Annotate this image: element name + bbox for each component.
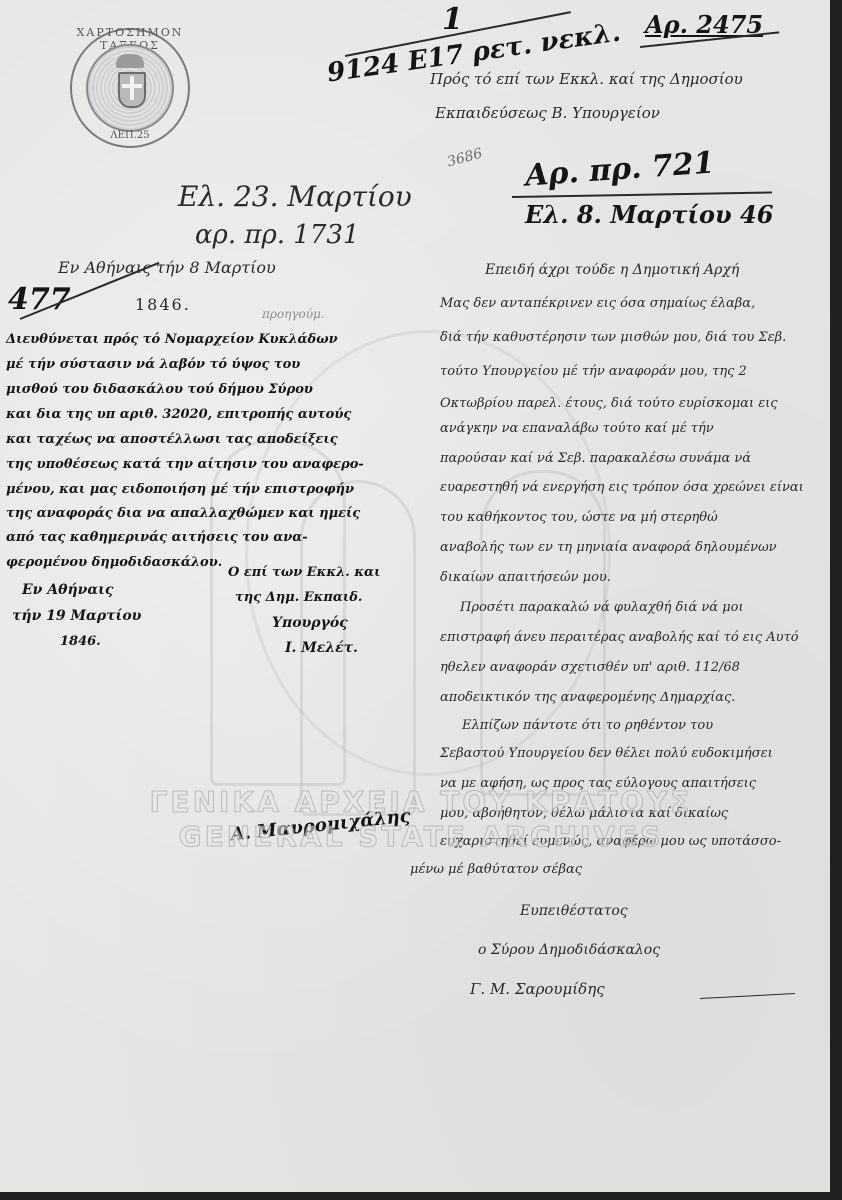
- registration-rule: [512, 191, 772, 198]
- body-line: ευαρεστηθή νά ενεργήση εις τρόπον όσα χρ…: [440, 480, 804, 495]
- registration-right-line-1: Αρ. πρ. 721: [524, 145, 716, 193]
- marginal-note-line: της υποθέσεως κατά την αίτησιν του αναφε…: [6, 457, 364, 472]
- body-line: δικαίων απαιτήσεών μου.: [440, 570, 611, 585]
- signature-flourish: [700, 993, 795, 999]
- marginal-closing-line-4: Ι. Μελέτ.: [285, 640, 358, 656]
- watermark-text-english: GENERAL STATE ARCHIVES: [0, 820, 842, 853]
- recipient-line-1: Πρός τό επί των Εκκλ. καί της Δημοσίου: [430, 70, 743, 88]
- shield-icon: [118, 72, 146, 108]
- marginal-date-line-3: 1846.: [60, 634, 101, 649]
- marginal-note-line: μέ τήν σύστασιν νά λαβόν τό ύψος του: [6, 357, 300, 372]
- body-line: μένω μέ βαθύτατον σέβας: [410, 862, 582, 877]
- registration-left-line-1: Ελ. 23. Μαρτίου: [178, 180, 412, 213]
- pencil-annotation: προηγούμ.: [262, 307, 325, 321]
- body-line: επιστραφή άνευ περαιτέρας αναβολής καί τ…: [440, 630, 799, 645]
- body-line: Προσέτι παρακαλώ νά φυλαχθή διά νά μοι: [460, 600, 744, 615]
- marginal-note-line: και δια της υπ αριθ. 32020, επιτροπής αυ…: [6, 407, 351, 422]
- body-line: παρούσαν καί νά Σεβ. παρακαλέσω συνάμα ν…: [440, 451, 751, 466]
- body-line: Οκτωβρίου παρελ. έτους, διά τούτο ευρίσκ…: [440, 396, 778, 411]
- body-line: αναβολής των εν τη μηνιαία αναφορά δηλου…: [440, 540, 777, 555]
- closing-line-2: ο Σύρου Δημοδιδάσκαλος: [478, 942, 660, 958]
- watermark-text-greek: ΓΕΝΙΚΑ ΑΡΧΕΙΑ ΤΟΥ ΚΡΑΤΟΥΣ: [0, 786, 842, 819]
- revenue-stamp: ΧΑΡΤΟΣΗΜΟΝ ΤΑΞΕΩΣ ΛΕΠ.25: [70, 28, 190, 148]
- marginal-note-line: φερομένου δημοδιδασκάλου.: [6, 555, 222, 570]
- place-date-line-2: 1846.: [135, 295, 191, 314]
- marginal-closing-line-1: Ο επί των Εκκλ. και: [228, 565, 380, 580]
- marginal-note-line: μισθού του διδασκάλου τού δήμου Σύρου: [6, 382, 313, 397]
- body-line: αποδεικτικόν της αναφερομένης Δημαρχίας.: [440, 690, 735, 705]
- scan-border-right: [830, 0, 842, 1200]
- body-line: ανάγκην να επαναλάβω τούτο καί μέ τήν: [440, 421, 714, 436]
- marginal-note-line: και ταχέως να αποστέλλωσι τας αποδείξεις: [6, 432, 338, 447]
- place-date-line-1: Εν Αθήναις τήν 8 Μαρτίου: [58, 258, 276, 277]
- registration-right-line-2: Ελ. 8. Μαρτίου 46: [525, 200, 773, 229]
- body-line: Επειδή άχρι τούδε η Δημοτική Αρχή: [485, 262, 739, 278]
- body-line: τούτο Υπουργείου μέ τήν αναφοράν μου, τη…: [440, 364, 747, 379]
- closing-line-1: Ευπειθέστατος: [520, 903, 628, 919]
- closing-signature: Γ. Μ. Σαρουμίδης: [470, 980, 605, 998]
- body-line: ηθελεν αναφοράν σχετισθέν υπ' αριθ. 112/…: [440, 660, 740, 675]
- marginal-note-line: Διευθύνεται πρός τό Νομαρχείον Κυκλάδων: [6, 332, 338, 347]
- marginal-note-line: της αναφοράς δια να απαλλαχθώμεν και ημε…: [6, 506, 360, 521]
- crown-icon: [116, 54, 144, 68]
- body-line: Ελπίζων πάντοτε ότι το ρηθέντον του: [462, 718, 713, 733]
- marginal-date-line-1: Εν Αθήναις: [22, 582, 113, 598]
- recipient-line-2: Εκπαιδεύσεως Β. Υπουργείον: [435, 104, 660, 122]
- coat-of-arms-icon: [86, 44, 174, 132]
- registration-annotation: 3686: [446, 146, 485, 171]
- marginal-date-line-2: τήν 19 Μαρτίου: [12, 608, 141, 624]
- body-line: του καθήκοντος του, ώστε να μή στερηθώ: [440, 510, 718, 525]
- registration-left-line-2: αρ. πρ. 1731: [195, 220, 359, 250]
- marginal-note-line: μένου, και μας ειδοποιήση μέ τήν επιστρο…: [6, 482, 354, 497]
- document-page: ΧΑΡΤΟΣΗΜΟΝ ΤΑΞΕΩΣ ΛΕΠ.25 1 Αρ. 2475 9124…: [0, 0, 832, 1192]
- body-line: Σεβαστού Υπουργείου δεν θέλει πολύ ευδοκ…: [440, 746, 773, 761]
- stamp-text-bottom: ΛΕΠ.25: [72, 130, 188, 141]
- body-line: διά τήν καθυστέρησιν των μισθών μου, διά…: [440, 330, 786, 345]
- marginal-note-line: από τας καθημερινάς αιτήσεις του ανα-: [6, 530, 308, 545]
- scan-border-bottom: [0, 1192, 842, 1200]
- marginal-closing-line-2: της Δημ. Εκπαιδ.: [235, 590, 362, 605]
- body-line: Μας δεν ανταπέκρινεν εις όσα σημαίως έλα…: [440, 296, 755, 311]
- marginal-closing-line-3: Υπουργός: [272, 615, 348, 631]
